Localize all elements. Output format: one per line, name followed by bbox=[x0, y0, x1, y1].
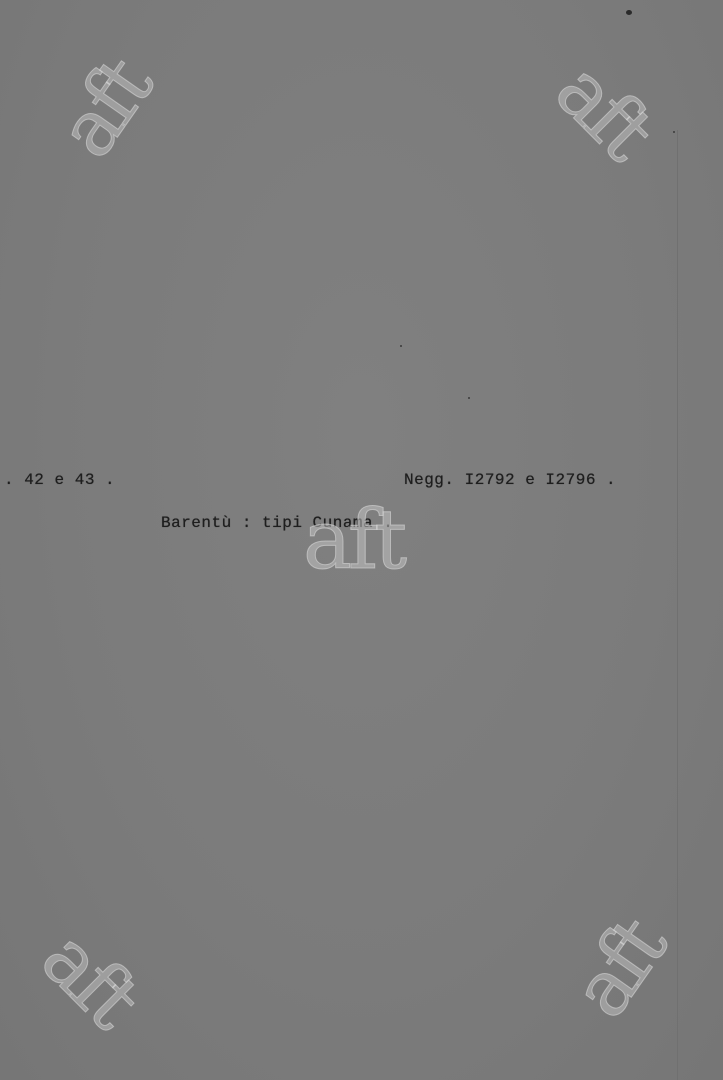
dust-speck bbox=[468, 397, 470, 399]
negative-numbers: Negg. I2792 e I2796 . bbox=[404, 471, 616, 489]
watermark-bottom-left: aft bbox=[28, 918, 150, 1040]
plate-numbers: . 42 e 43 . bbox=[4, 471, 115, 489]
watermark-bottom-right: aft bbox=[560, 908, 678, 1030]
dust-speck bbox=[400, 345, 402, 347]
watermark-top-left: aft bbox=[46, 48, 164, 170]
dust-speck bbox=[673, 131, 675, 133]
watermark-top-right: aft bbox=[542, 50, 664, 172]
watermark-center: aft bbox=[303, 500, 403, 582]
card-edge-line bbox=[677, 130, 678, 1080]
dust-speck bbox=[626, 10, 632, 15]
scanned-card: aft aft aft aft . 42 e 43 . Negg. I2792 … bbox=[0, 0, 723, 1080]
